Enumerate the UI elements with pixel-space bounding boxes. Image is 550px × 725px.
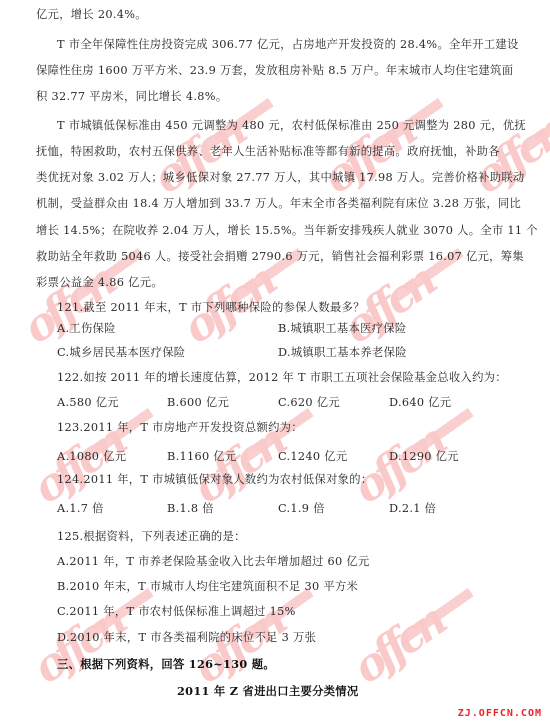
question-121-stem: 121.截至 2011 年末，T 市下列哪种保险的参保人数最多？ — [57, 301, 365, 315]
question-125-option-d: D.2010 年末，T 市各类福利院的床位不足 3 万张 — [57, 631, 316, 645]
question-123-option-d: D.1290 亿元 — [389, 450, 459, 464]
question-122-option-d: D.640 亿元 — [389, 396, 451, 410]
paragraph-line: 积 32.77 平房米，同比增长 4.8%。 — [36, 90, 227, 104]
paragraph-line: 抚恤，特困救助，农村五保供养、老年人生活补贴标准等都有新的提高。政府抚恤，补助各 — [36, 145, 500, 159]
question-121-option-a: A.工伤保险 — [57, 322, 116, 336]
paragraph-line: T 市城镇低保标准由 450 元调整为 480 元，农村低保标准由 250 元调… — [57, 119, 526, 133]
question-125-stem: 125.根据资料，下列表述正确的是： — [57, 530, 246, 544]
paragraph-line: 保障性住房 1600 万平方米、23.9 万套，发放租房补贴 8.5 万户。年末… — [36, 64, 513, 78]
question-121-option-c: C.城乡居民基本医疗保险 — [57, 346, 185, 360]
paragraph-line: 亿元，增长 20.4%。 — [36, 8, 147, 22]
question-123-option-a: A.1080 亿元 — [57, 450, 126, 464]
question-122-stem: 122.如按 2011 年的增长速度估算，2012 年 T 市职工五项社会保险基… — [57, 371, 507, 385]
question-124-option-b: B.1.8 倍 — [167, 502, 214, 516]
question-125-option-c: C.2011 年，T 市农村低保标准上调超过 15% — [57, 605, 296, 619]
question-123-option-b: B.1160 亿元 — [167, 450, 237, 464]
section-heading: 三、根据下列资料，回答 126~130 题。 — [57, 657, 275, 671]
question-122-option-b: B.600 亿元 — [167, 396, 229, 410]
question-125-option-b: B.2010 年末，T 市城市人均住宅建筑面积不足 30 平方米 — [57, 580, 358, 594]
question-123-stem: 123.2011 年，T 市房地产开发投资总额约为： — [57, 421, 303, 435]
document-page: offcn offcn offcn offcn offcn offcn offc… — [0, 0, 550, 725]
question-123-option-c: C.1240 亿元 — [278, 450, 347, 464]
site-logo: ZJ.OFFCN.COM — [458, 708, 542, 719]
question-121-option-d: D.城镇职工基本养老保险 — [278, 346, 407, 360]
table-title: 2011 年 Z 省进出口主要分类情况 — [177, 684, 358, 698]
question-124-option-a: A.1.7 倍 — [57, 502, 104, 516]
paragraph-line: 救助站全年救助 5046 人。接受社会捐赠 2790.6 万元，销售社会福利彩票… — [36, 250, 524, 264]
paragraph-line: 机制，受益群众由 18.4 万人增加到 33.7 万人。年末全市各类福利院有床位… — [36, 197, 521, 211]
paragraph-line: 类优抚对象 3.02 万人；城乡低保对象 27.77 万人，其中城镇 17.98… — [36, 171, 524, 185]
paragraph-line: 增长 14.5%；在院收养 2.04 万人，增长 15.5%。当年新安排残疾人就… — [36, 224, 538, 238]
paragraph-line: 彩票公益金 4.86 亿元。 — [36, 276, 163, 290]
watermark-logo-icon: offcn — [350, 600, 500, 710]
question-121-option-b: B.城镇职工基本医疗保险 — [278, 322, 406, 336]
question-124-option-c: C.1.9 倍 — [278, 502, 325, 516]
question-124-stem: 124.2011 年，T 市城镇低保对象人数约为农村低保对象的： — [57, 473, 372, 487]
question-125-option-a: A.2011 年，T 市养老保险基金收入比去年增加超过 60 亿元 — [57, 555, 370, 569]
question-122-option-c: C.620 亿元 — [278, 396, 340, 410]
question-124-option-d: D.2.1 倍 — [389, 502, 436, 516]
question-122-option-a: A.580 亿元 — [57, 396, 119, 410]
paragraph-line: T 市全年保障性住房投资完成 306.77 亿元，占房地产开发投资的 28.4%… — [57, 38, 519, 52]
